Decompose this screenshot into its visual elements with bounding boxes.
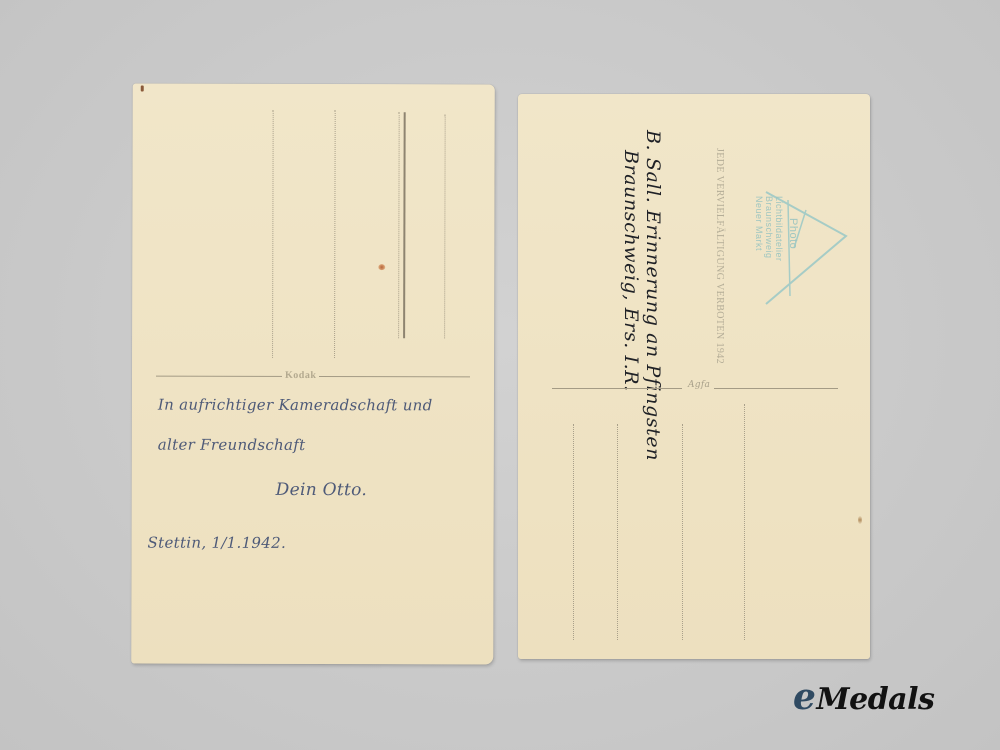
kodak-brand-text: Kodak <box>282 370 319 381</box>
right-postcard: JEDE VERVIELFÄLTIGUNG VERBOTEN 1942 Phot… <box>518 94 870 659</box>
stamp-text-line-1: Photo <box>788 218 798 249</box>
address-guide-line-2 <box>617 424 618 640</box>
watermark-prefix: e <box>793 676 815 718</box>
stamp-guide-line-2 <box>334 110 336 358</box>
foxing-stain <box>858 516 862 524</box>
stamp-text-line-4: Neuer Markt <box>754 196 764 251</box>
handwriting-line-1: In aufrichtiger Kameradschaft und <box>158 396 433 415</box>
address-guide-line-4 <box>744 404 745 640</box>
photographer-stamp: Photo Lichtbildatelier Braunschweig Neue… <box>746 186 858 310</box>
corner-mark <box>141 86 144 92</box>
handwriting-line-2: alter Freundschaft <box>158 436 306 454</box>
foxing-stain <box>378 264 385 270</box>
emedals-watermark-logo: eMedals <box>793 676 934 718</box>
handwriting-place-date: Stettin, 1/1.1942. <box>148 534 287 552</box>
divider-line-right <box>714 388 838 389</box>
handwriting-signature: Dein Otto. <box>276 480 367 500</box>
address-guide-line-1 <box>573 424 574 640</box>
reproduction-notice: JEDE VERVIELFÄLTIGUNG VERBOTEN 1942 <box>714 148 725 364</box>
stamp-text-line-3: Braunschweig <box>764 196 774 259</box>
stamp-guide-line-1 <box>272 110 274 358</box>
watermark-name: Medals <box>816 682 934 717</box>
address-guide-line-3 <box>682 424 683 640</box>
divider-line-left <box>552 388 682 389</box>
stamp-guide-line-4 <box>444 114 446 338</box>
handwriting-line-2: Braunschweig, Ers. I.R. <box>620 150 642 392</box>
handwriting-line-1: B. Sall. Erinnerung an Pfingsten <box>642 130 664 461</box>
stamp-guide-line-3 <box>398 112 400 338</box>
stamp-box-edge <box>403 112 405 338</box>
left-postcard: Kodak In aufrichtiger Kameradschaft und … <box>131 84 495 665</box>
agfa-mark: Agfa <box>688 380 710 390</box>
stamp-text-line-2: Lichtbildatelier <box>774 196 784 262</box>
